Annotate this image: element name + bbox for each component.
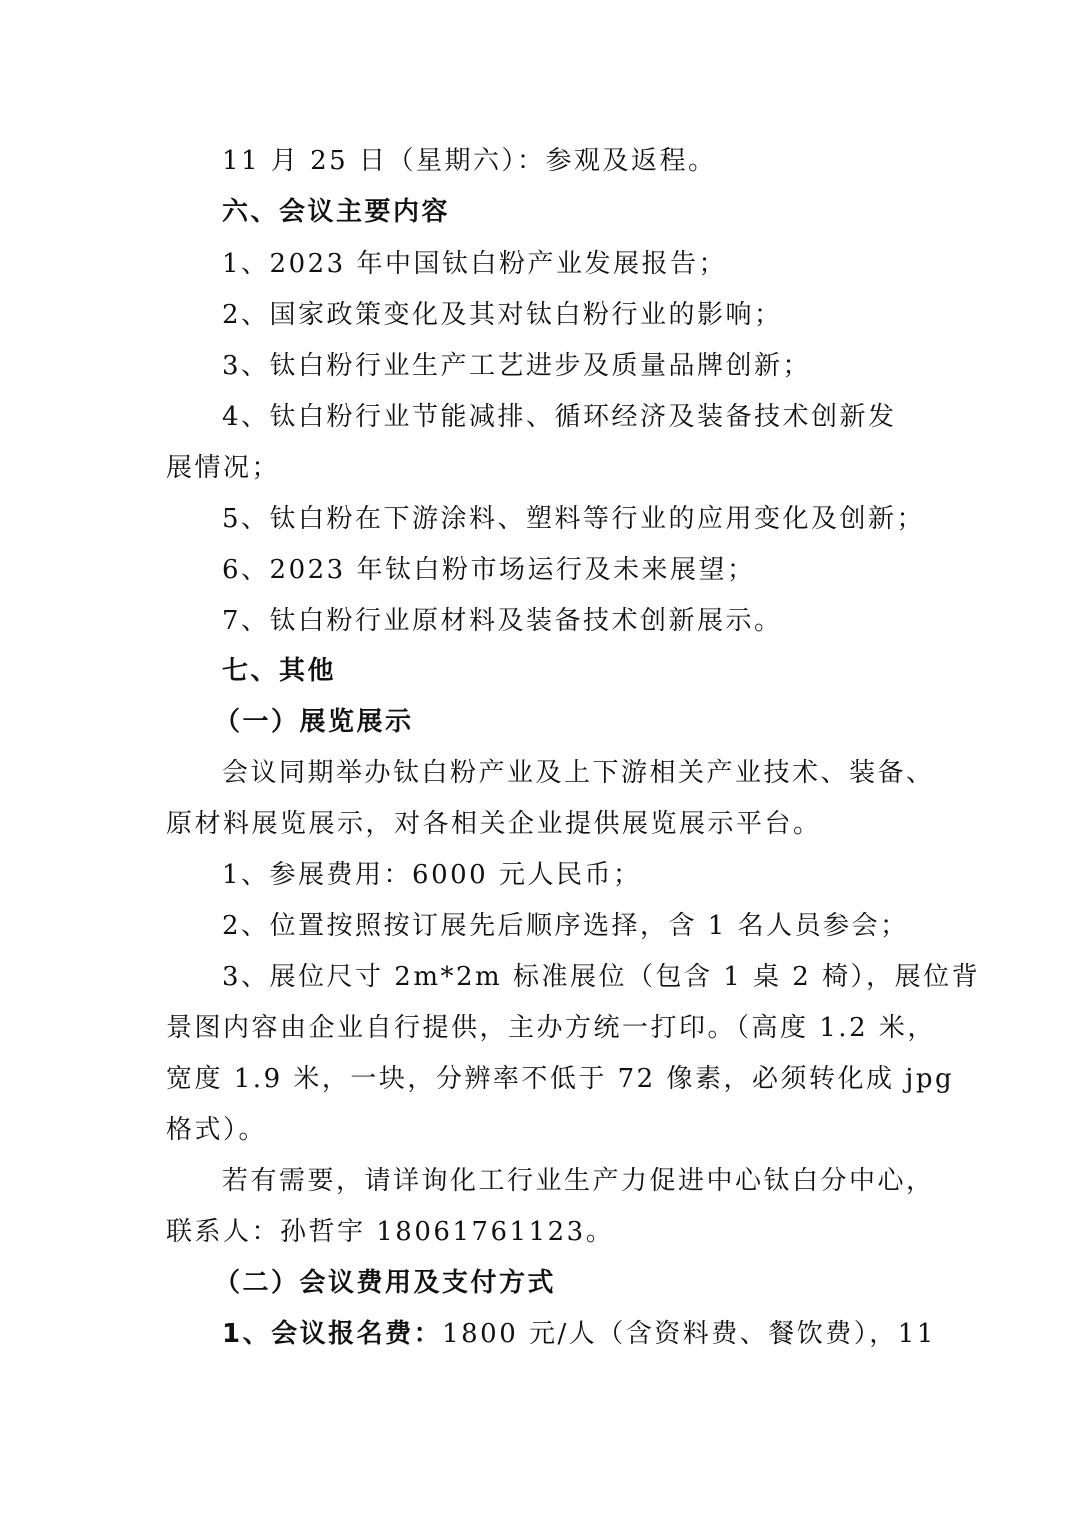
exhibition-item-3-line3: 宽度 1.9 米，一块，分辨率不低于 72 像素，必须转化成 jpg bbox=[166, 1063, 954, 1095]
contact-paragraph-line2: 联系人：孙哲宇 18061761123。 bbox=[166, 1216, 614, 1248]
contact-paragraph-line1: 若有需要，请详询化工行业生产力促进中心钛白分中心， bbox=[222, 1165, 935, 1197]
exhibition-item-1-fee: 1、参展费用：6000 元人民币； bbox=[222, 859, 641, 891]
section-heading-main-content: 六、会议主要内容 bbox=[222, 196, 450, 228]
content-item-3: 3、钛白粉行业生产工艺进步及质量品牌创新； bbox=[222, 350, 811, 382]
subsection-heading-fees-payment: （二）会议费用及支付方式 bbox=[214, 1267, 556, 1299]
content-item-4-line1: 4、钛白粉行业节能减排、循环经济及装备技术创新发 bbox=[222, 401, 897, 433]
exhibition-item-2-position: 2、位置按照按订展先后顺序选择，含 1 名人员参会； bbox=[222, 910, 909, 942]
section-heading-other: 七、其他 bbox=[222, 655, 336, 687]
subsection-heading-exhibition: （一）展览展示 bbox=[214, 706, 414, 738]
content-item-4-line2: 展情况； bbox=[166, 452, 280, 484]
content-item-6: 6、2023 年钛白粉市场运行及未来展望； bbox=[222, 554, 755, 586]
exhibition-item-3-line4: 格式）。 bbox=[166, 1114, 267, 1146]
exhibition-paragraph-line2: 原材料展览展示，对各相关企业提供展览展示平台。 bbox=[166, 808, 822, 840]
document-page: 11 月 25 日（星期六）：参观及返程。 六、会议主要内容 1、2023 年中… bbox=[0, 0, 1080, 1527]
content-item-1: 1、2023 年中国钛白粉产业发展报告； bbox=[222, 248, 727, 280]
exhibition-item-3-line2: 景图内容由企业自行提供，主办方统一打印。（高度 1.2 米， bbox=[166, 1012, 936, 1044]
content-item-7: 7、钛白粉行业原材料及装备技术创新展示。 bbox=[222, 605, 783, 637]
content-item-5: 5、钛白粉在下游涂料、塑料等行业的应用变化及创新； bbox=[222, 503, 925, 535]
content-item-2: 2、国家政策变化及其对钛白粉行业的影响； bbox=[222, 299, 783, 331]
fee-item-1-text: 1800 元/人（含资料费、餐饮费），11 bbox=[442, 1319, 936, 1349]
schedule-line-nov25: 11 月 25 日（星期六）：参观及返程。 bbox=[222, 145, 716, 177]
exhibition-paragraph-line1: 会议同期举办钛白粉产业及上下游相关产业技术、装备、 bbox=[222, 757, 935, 789]
fee-item-1: 1、会议报名费：1800 元/人（含资料费、餐饮费），11 bbox=[222, 1318, 936, 1350]
fee-item-1-label: 1、会议报名费： bbox=[222, 1319, 442, 1349]
exhibition-item-3-line1: 3、展位尺寸 2m*2m 标准展位（包含 1 桌 2 椅），展位背 bbox=[222, 961, 980, 993]
